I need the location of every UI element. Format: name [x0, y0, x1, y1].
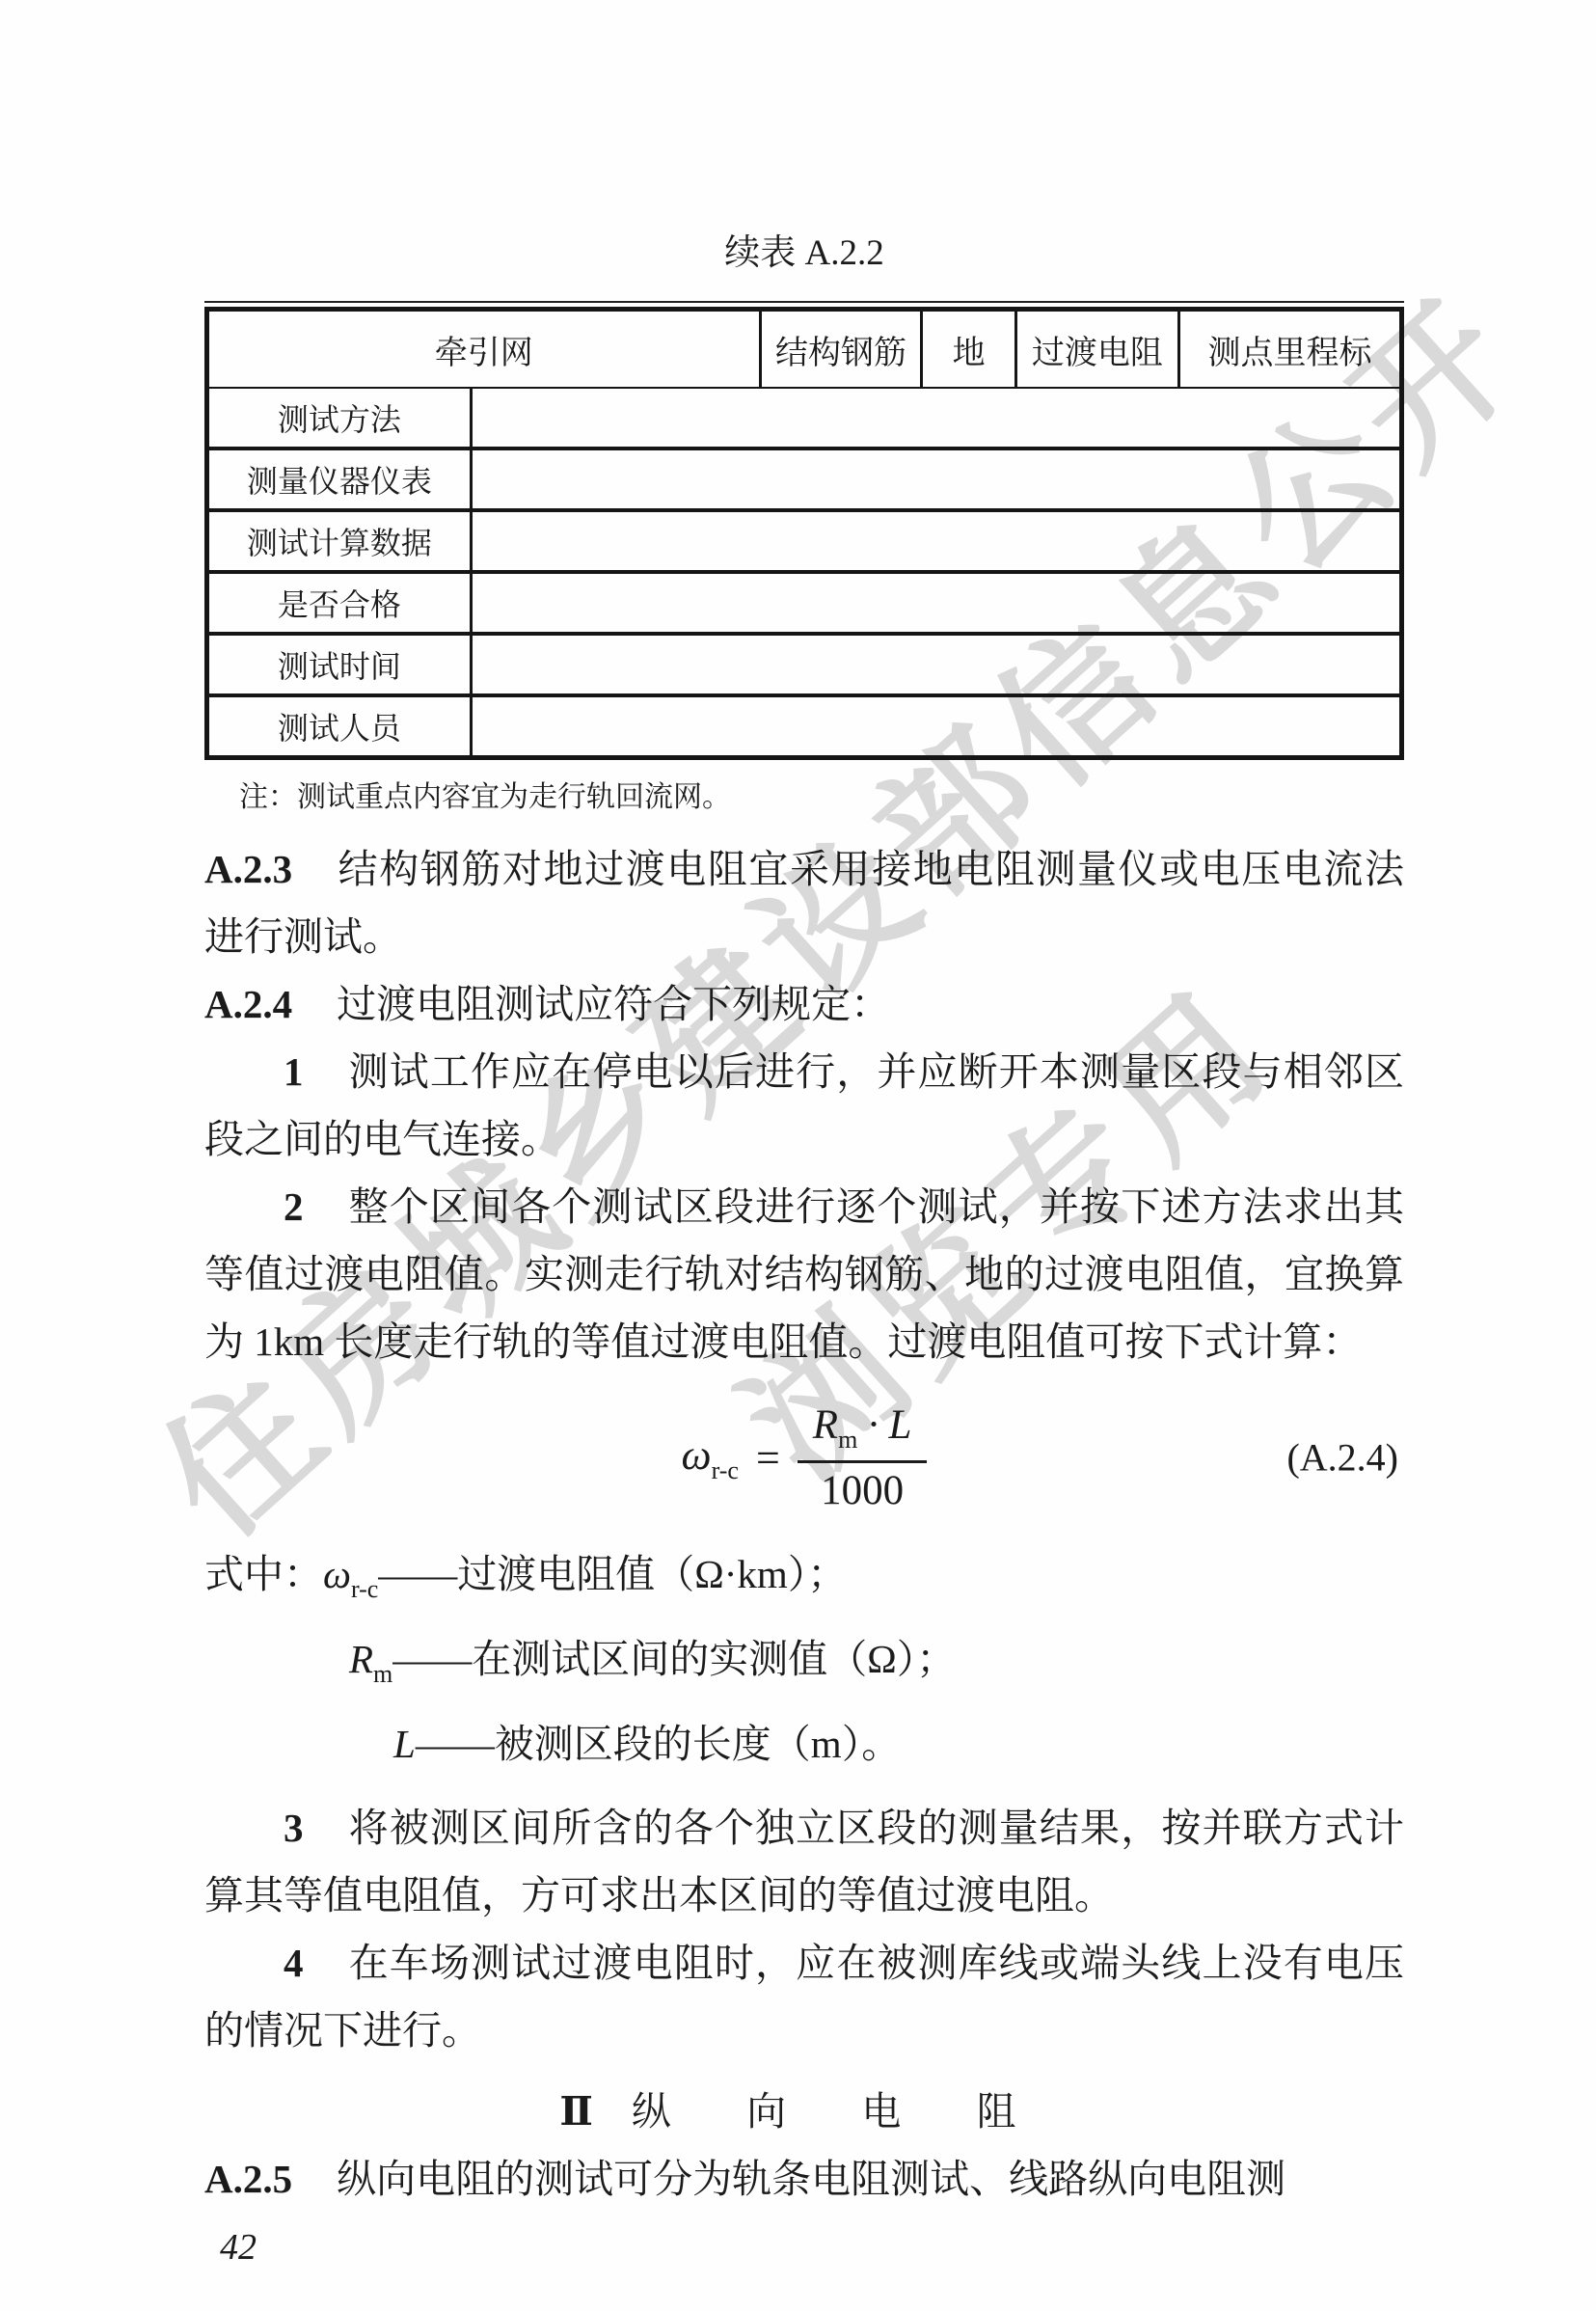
clause-text: 过渡电阻测试应符合下列规定： — [337, 982, 890, 1026]
table-row: 测量仪器仪表 — [209, 450, 1399, 512]
table-row: 测试人员 — [209, 697, 1399, 755]
table-row: 测试计算数据 — [209, 512, 1399, 574]
row-label-cell: 测试方法 — [209, 389, 473, 447]
row-label-cell: 测试人员 — [209, 697, 473, 755]
table-header-cell: 测点里程标 — [1180, 312, 1399, 387]
row-label-cell: 测试时间 — [209, 636, 473, 693]
clause-item-1: 1测试工作应在停电以后进行，并应断开本测量区段与相邻区段之间的电气连接。 — [204, 1038, 1404, 1173]
table-note: 注：测试重点内容宜为走行轨回流网。 — [204, 775, 1404, 820]
clause-label: A.2.5 — [204, 2157, 292, 2201]
item-text: 测试工作应在停电以后进行，并应断开本测量区段与相邻区段之间的电气连接。 — [204, 1049, 1404, 1161]
clause-item-3: 3将被测区间所含的各个独立区段的测量结果，按并联方式计算其等值电阻值，方可求出本… — [204, 1794, 1404, 1929]
row-label-cell: 是否合格 — [209, 574, 473, 632]
table-title: 续表 A.2.2 — [204, 230, 1404, 278]
section-heading: Ⅱ纵 向 电 阻 — [204, 2078, 1404, 2145]
equation-number: (A.2.4) — [1286, 1435, 1398, 1481]
row-label-cell: 测试计算数据 — [209, 512, 473, 570]
row-value-cell — [473, 574, 1399, 632]
document-page: 住房城乡建设部信息公开 浏览专用 续表 A.2.2 牵引网 结构钢筋 地 过渡电… — [0, 0, 1596, 2311]
row-label-cell: 测量仪器仪表 — [209, 450, 473, 508]
equation-lhs: ωr-c — [682, 1430, 739, 1485]
continuation-table: 牵引网 结构钢筋 地 过渡电阻 测点里程标 测试方法 测量仪器仪表 测试计算数据… — [204, 307, 1404, 760]
item-number: 3 — [284, 1806, 304, 1850]
page-number: 42 — [204, 2222, 1404, 2272]
clause-a24: A.2.4过渡电阻测试应符合下列规定： — [204, 970, 1404, 1038]
fraction-denominator: 1000 — [798, 1460, 928, 1514]
equation-a24: ωr-c = Rm · L 1000 (A.2.4) — [204, 1375, 1404, 1539]
clause-item-2: 2整个区间各个测试区段进行逐个测试，并按下述方法求出其等值过渡电阻值。实测走行轨… — [204, 1173, 1404, 1375]
section-numeral: Ⅱ — [559, 2089, 593, 2134]
row-value-cell — [473, 389, 1399, 447]
row-value-cell — [473, 512, 1399, 570]
item-number: 2 — [284, 1184, 304, 1229]
symbol-definitions: 式中：ωr-c——过渡电阻值（Ω·km）； Rm——在测试区间的实测值（Ω）； … — [204, 1539, 1404, 1794]
item-text: 在车场测试过渡电阻时，应在被测库线或端头线上没有电压的情况下进行。 — [204, 1941, 1404, 2053]
table-row: 是否合格 — [209, 574, 1399, 636]
fraction-numerator: Rm · L — [798, 1401, 928, 1460]
section-title: 纵 向 电 阻 — [632, 2089, 1049, 2134]
clause-a25: A.2.5纵向电阻的测试可分为轨条电阻测试、线路纵向电阻测 — [204, 2145, 1404, 2213]
symbol-definition-line: Rm——在测试区间的实测值（Ω）； — [204, 1624, 1404, 1709]
fraction: Rm · L 1000 — [798, 1401, 928, 1514]
table-header-cell: 过渡电阻 — [1017, 312, 1180, 387]
clause-text: 结构钢筋对地过渡电阻宜采用接地电阻测量仪或电压电流法进行测试。 — [204, 847, 1404, 959]
item-number: 4 — [284, 1941, 304, 1985]
clause-label: A.2.3 — [204, 847, 292, 891]
row-value-cell — [473, 450, 1399, 508]
clause-label: A.2.4 — [204, 982, 292, 1026]
equation-lhs-subscript: r-c — [712, 1456, 739, 1484]
table-header-cell: 牵引网 — [209, 312, 762, 387]
equals-sign: = — [756, 1433, 780, 1482]
clause-a23: A.2.3结构钢筋对地过渡电阻宜采用接地电阻测量仪或电压电流法进行测试。 — [204, 835, 1404, 970]
item-text: 整个区间各个测试区段进行逐个测试，并按下述方法求出其等值过渡电阻值。实测走行轨对… — [204, 1184, 1404, 1364]
clause-text: 纵向电阻的测试可分为轨条电阻测试、线路纵向电阻测 — [337, 2157, 1285, 2201]
symbol-definition-line: 式中：ωr-c——过渡电阻值（Ω·km）； — [204, 1539, 1404, 1624]
item-text: 将被测区间所含的各个独立区段的测量结果，按并联方式计算其等值电阻值，方可求出本区… — [204, 1806, 1404, 1917]
table-row: 测试时间 — [209, 636, 1399, 697]
item-number: 1 — [284, 1049, 304, 1094]
row-value-cell — [473, 636, 1399, 693]
table-top-rule — [204, 301, 1404, 303]
row-value-cell — [473, 697, 1399, 755]
symbol-definition-line: L——被测区段的长度（m）。 — [204, 1709, 1404, 1794]
table-header-cell: 地 — [923, 312, 1016, 387]
table-row: 测试方法 — [209, 389, 1399, 450]
clause-item-4: 4在车场测试过渡电阻时，应在被测库线或端头线上没有电压的情况下进行。 — [204, 1929, 1404, 2064]
page-content: 续表 A.2.2 牵引网 结构钢筋 地 过渡电阻 测点里程标 测试方法 测量仪器… — [204, 0, 1404, 2272]
table-header-row: 牵引网 结构钢筋 地 过渡电阻 测点里程标 — [209, 312, 1399, 389]
table-header-cell: 结构钢筋 — [762, 312, 924, 387]
